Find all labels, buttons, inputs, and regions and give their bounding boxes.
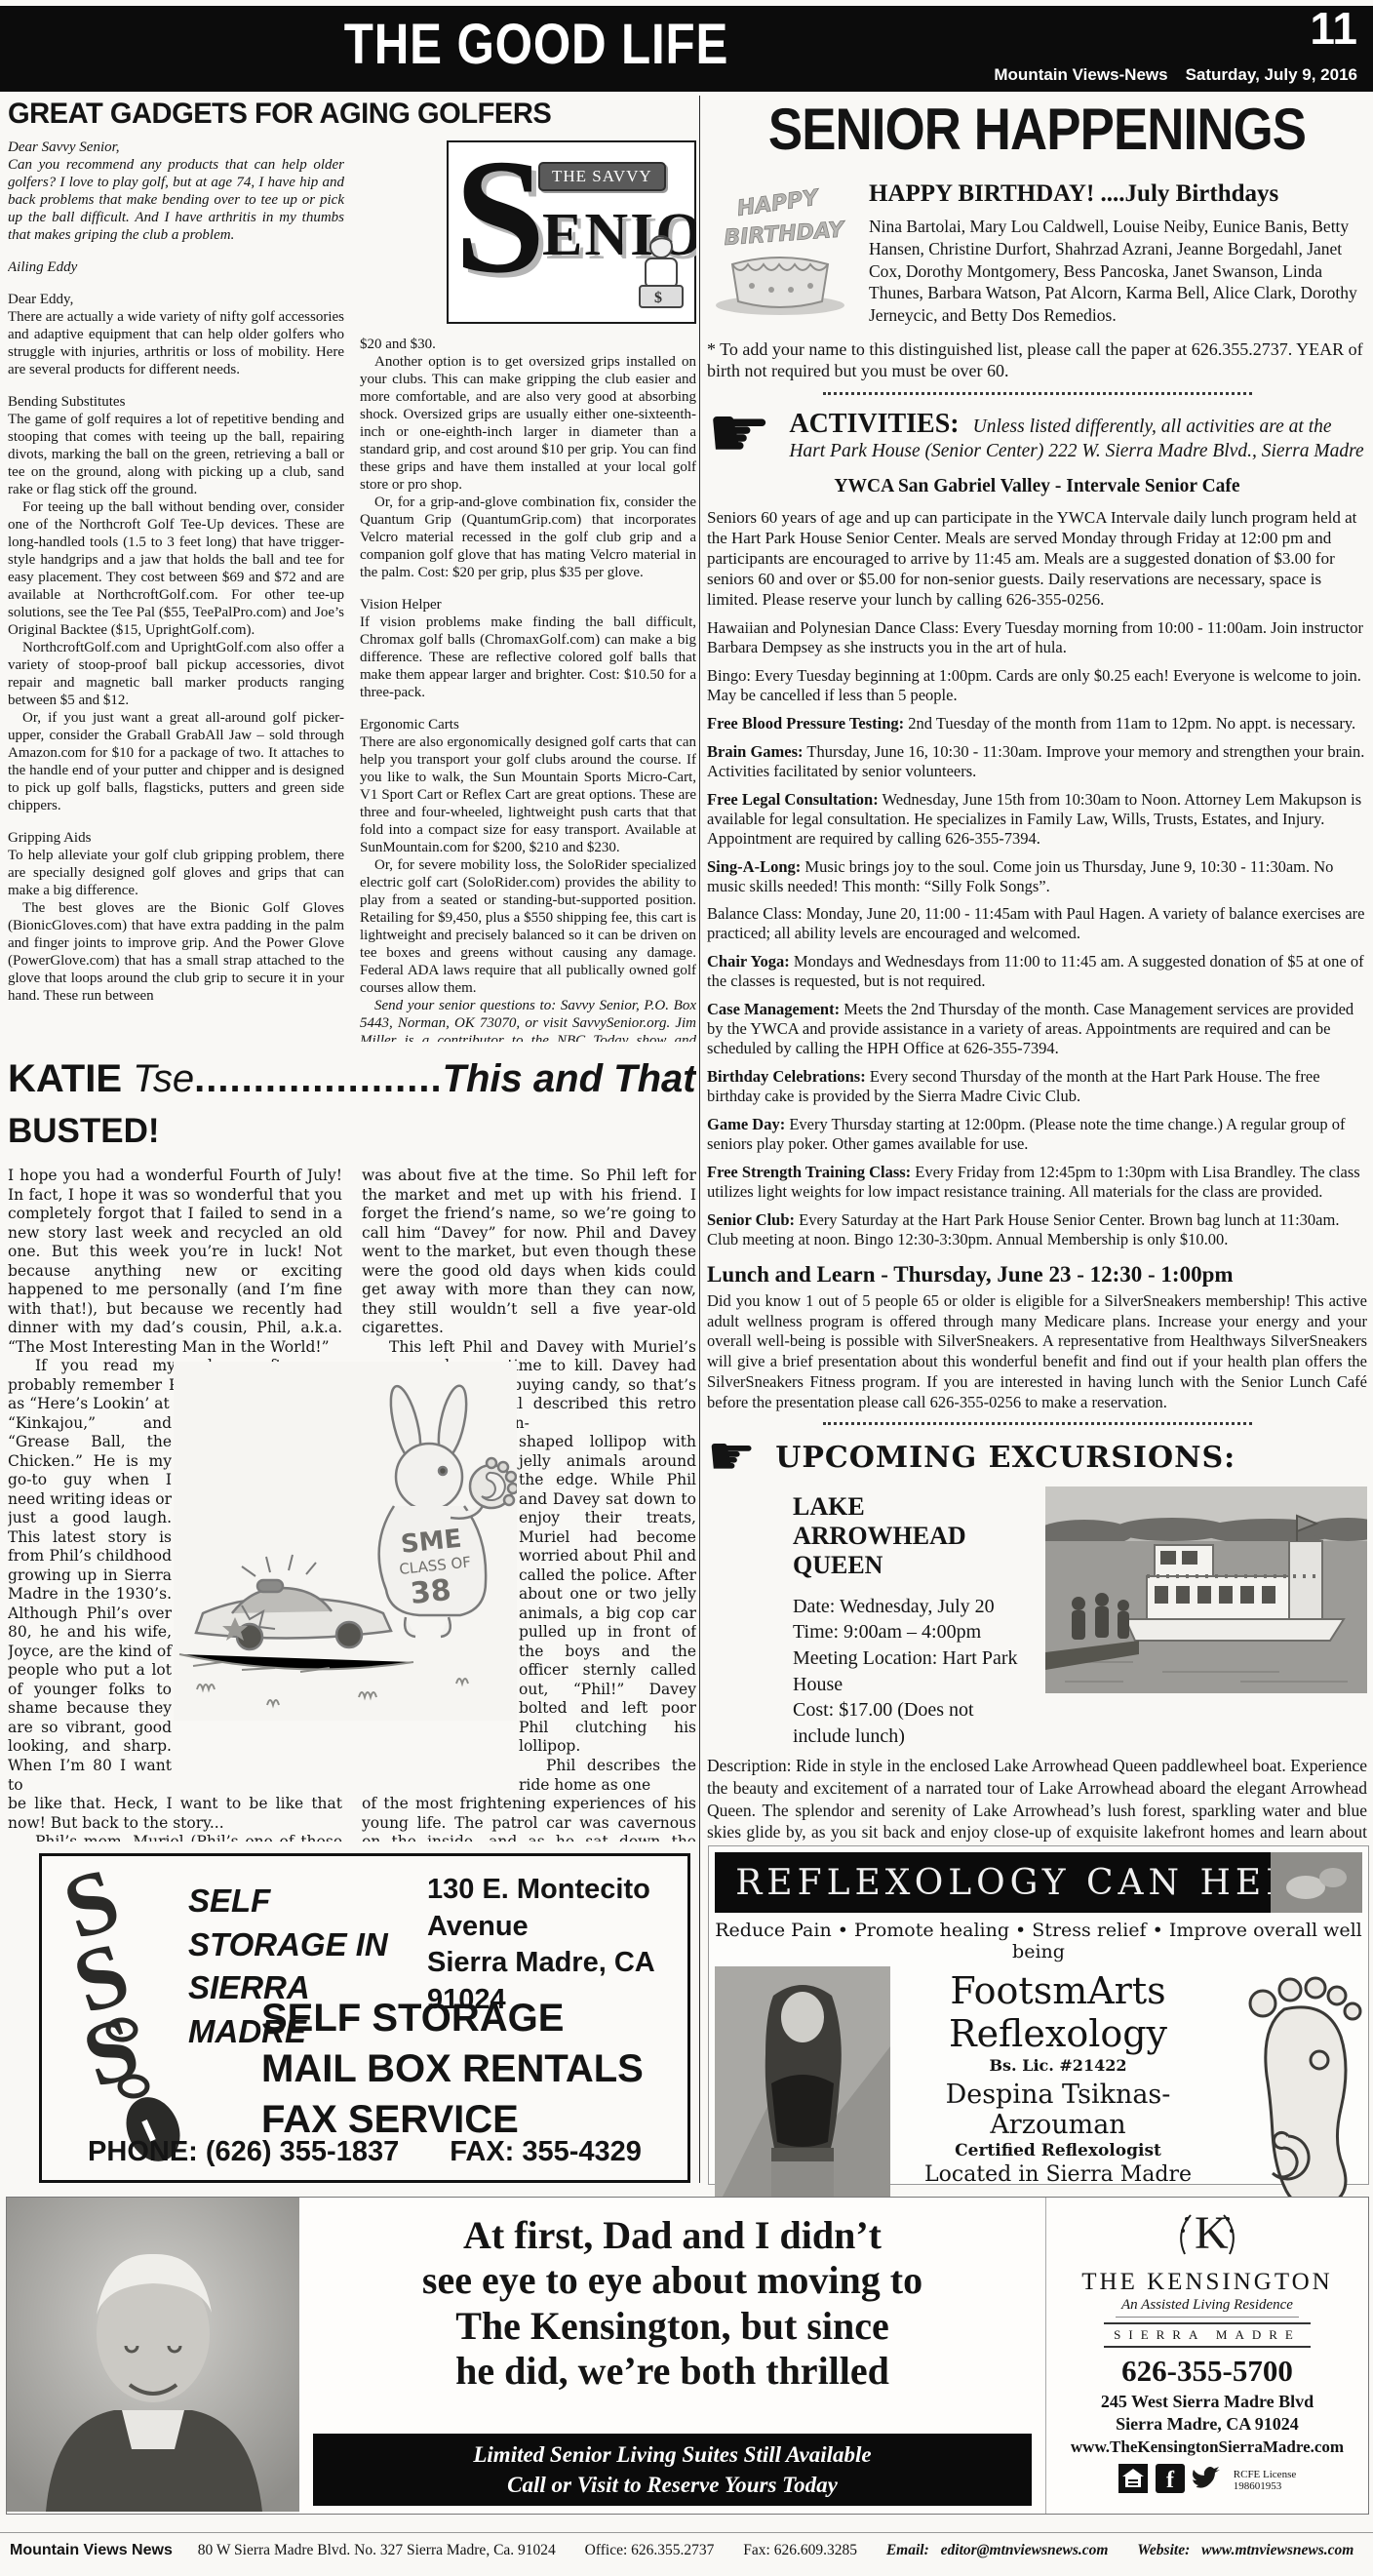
reflexology-banner: REFLEXOLOGY CAN HELP! (715, 1852, 1362, 1913)
golf-headline: GREAT GADGETS FOR AGING GOLFERS (8, 98, 676, 131)
storage-service: SELF STORAGE (261, 1993, 644, 2043)
svg-text:f: f (1166, 2468, 1175, 2493)
activity-item: Hawaiian and Polynesian Dance Class: Eve… (707, 618, 1367, 657)
birthday-block: HAPPY BIRTHDAY HAPPY BIRTHDAY! ....July … (707, 171, 1367, 327)
activity-item: Free Blood Pressure Testing: 2nd Tuesday… (707, 714, 1367, 733)
birthday-text: HAPPY BIRTHDAY! ....July Birthdays Nina … (869, 171, 1367, 327)
activities-label: ACTIVITIES: (789, 409, 959, 439)
activity-label: Birthday Celebrations: (707, 1067, 866, 1086)
golf-paragraph: The game of golf requires a lot of repet… (8, 411, 344, 498)
activity-text: Music brings joy to the soul. Come join … (707, 857, 1333, 895)
quote-line: The Kensington, but since (299, 2304, 1045, 2349)
story-paragraph: Phil’s mom, Muriel (Phil’s one of those … (8, 1833, 342, 1842)
lunch-and-learn-text: Did you know 1 out of 5 people 65 or old… (707, 1291, 1367, 1413)
activity-label: Game Day: (707, 1115, 785, 1133)
story-paragraph: was about five at the time. So Phil left… (362, 1167, 696, 1338)
senior-happenings-section: SENIOR HAPPENINGS HAPPY BIRTHDAY HAPPY B… (707, 96, 1367, 1843)
excursions-header: ☛ UPCOMING EXCURSIONS: (707, 1433, 1367, 1482)
birthday-cake-image: HAPPY BIRTHDAY (707, 171, 853, 327)
kensington-info: K THE KENSINGTON An Assisted Living Resi… (1045, 2198, 1368, 2514)
svg-text:$: $ (654, 290, 662, 306)
kensington-quote-block: At first, Dad and I didn’t see eye to ey… (299, 2198, 1045, 2514)
activity-label: Sing-A-Long: (707, 857, 801, 876)
lunch-and-learn-title: Lunch and Learn - Thursday, June 23 - 12… (707, 1262, 1367, 1288)
columnist-last-name: Tse (133, 1057, 194, 1100)
activity-item: Balance Class: Monday, June 20, 11:00 - … (707, 904, 1367, 943)
footer-email-label: Email: (886, 2542, 929, 2558)
activity-text: 2nd Tuesday of the month from 11am to 12… (904, 714, 1355, 733)
golf-columns: Dear Savvy Senior, Can you recommend any… (8, 139, 696, 1042)
reflexology-banner-text: REFLEXOLOGY CAN HELP! (735, 1863, 1342, 1903)
kensington-license: RCFE License 198601953 (1234, 2469, 1296, 2493)
svg-text:38: 38 (409, 1573, 452, 1611)
storage-chain-logo-icon: S S S (52, 1864, 183, 2171)
banner-line: Call or Visit to Reserve Yours Today (313, 2470, 1032, 2500)
kensington-banner: Limited Senior Living Suites Still Avail… (313, 2434, 1032, 2506)
activity-label: Case Management: (707, 1000, 840, 1018)
activity-item: Bingo: Every Tuesday beginning at 1:00pm… (707, 666, 1367, 705)
subhead-carts: Ergonomic Carts (360, 716, 696, 733)
story-paragraph: I hope you had a wonderful Fourth of Jul… (8, 1167, 342, 1357)
activities-header-text: ACTIVITIES:Unless listed differently, al… (789, 403, 1367, 462)
kensington-ad: At first, Dad and I didn’t see eye to ey… (6, 2197, 1369, 2515)
massage-photo (1271, 1852, 1362, 1913)
busted-cartoon-illustration: SME CLASS OF 38 (174, 1362, 517, 1721)
ywca-title: YWCA San Gabriel Valley - Intervale Seni… (707, 476, 1367, 497)
golf-column-2: S THE SAVVY ENIOR $ $20 and $30. (360, 139, 696, 1042)
column-divider (699, 96, 700, 2183)
golf-paragraph: Or, for severe mobility loss, the SoloRi… (360, 856, 696, 997)
golf-paragraph: There are also ergonomically designed go… (360, 733, 696, 856)
story-narrow-right: shaped lollipop with jelly animals aroun… (519, 1433, 696, 1795)
activity-text: Every Thursday starting at 12:00pm. (Ple… (707, 1115, 1346, 1153)
busted-story: I hope you had a wonderful Fourth of Jul… (8, 1167, 696, 1842)
reflexology-license: Bs. Lic. #21422 (898, 2057, 1218, 2075)
activity-item: Case Management: Meets the 2nd Thursday … (707, 1000, 1367, 1058)
storage-address-line1: 130 E. Montecito Avenue (427, 1872, 687, 1945)
pointing-hand-icon: ☛ (707, 403, 771, 464)
kensington-quote: At first, Dad and I didn’t see eye to ey… (299, 2213, 1045, 2395)
footer-office: Office: 626.355.2737 (585, 2542, 715, 2558)
newspaper-page: THE GOOD LIFE 11 Mountain Views-NewsSatu… (0, 0, 1373, 2576)
golf-paragraph: For teeing up the ball without bending o… (8, 498, 344, 639)
activity-item: Senior Club: Every Saturday at the Hart … (707, 1210, 1367, 1249)
masthead: THE GOOD LIFE 11 Mountain Views-NewsSatu… (0, 6, 1373, 92)
story-paragraph: be like that. Heck, I want to be like th… (8, 1795, 342, 1833)
storage-phone-row: PHONE: (626) 355-1837 FAX: 355-4329 (42, 2136, 687, 2168)
ywca-text: Seniors 60 years of age and up can parti… (707, 507, 1367, 610)
story-narrow-left: “Kinkajou,” and “Grease Ball, the Chicke… (8, 1414, 172, 1795)
activity-item: Game Day: Every Thursday starting at 12:… (707, 1115, 1367, 1154)
activity-text: Thursday, June 16, 10:30 - 11:30am. Impr… (707, 742, 1364, 780)
happenings-headline: SENIOR HAPPENINGS (747, 96, 1328, 163)
self-storage-ad: S S S SELF STORAGE IN SIERRA MADRE 130 E… (39, 1853, 690, 2183)
issue-date: Saturday, July 9, 2016 (1186, 65, 1357, 84)
golf-paragraph: To help alleviate your golf club grippin… (8, 847, 344, 899)
storage-service: MAIL BOX RENTALS (261, 2043, 644, 2094)
reflexology-location: Located in Sierra Madre (898, 2162, 1218, 2187)
footer-publication: Mountain Views News (10, 2542, 173, 2558)
paddlewheel-boat-photo (1045, 1486, 1367, 1698)
golf-paragraph: Another option is to get oversized grips… (360, 353, 696, 494)
activity-item: Free Legal Consultation: Wednesday, June… (707, 790, 1367, 849)
footer-fax: Fax: 626.609.3285 (743, 2542, 857, 2558)
reflexology-benefits: Reduce Pain • Promote healing • Stress r… (715, 1920, 1362, 1962)
page-footer: Mountain Views News 80 W Sierra Madre Bl… (0, 2532, 1373, 2559)
activity-label: Free Strength Training Class: (707, 1163, 911, 1181)
activity-text: Every Saturday at the Hart Park House Se… (707, 1210, 1339, 1248)
letter-question: Can you recommend any products that can … (8, 156, 344, 244)
activity-label: Free Blood Pressure Testing: (707, 714, 904, 733)
activity-label: Senior Club: (707, 1210, 795, 1229)
reflexologist-title: Certified Reflexologist (898, 2142, 1218, 2161)
lake-arrowhead-block: LAKE ARROWHEAD QUEEN Date: Wednesday, Ju… (707, 1486, 1367, 1750)
golf-paragraph: Or, if you just want a great all-around … (8, 709, 344, 814)
savvy-logo-tab: THE SAVVY (538, 162, 666, 191)
activity-item: Sing-A-Long: Music brings joy to the sou… (707, 857, 1367, 896)
activity-label: Brain Games: (707, 742, 804, 761)
savvy-logo-big-s: S (454, 139, 545, 298)
equal-housing-icon (1118, 2464, 1148, 2498)
activity-item: Chair Yoga: Mondays and Wednesdays from … (707, 952, 1367, 991)
header-dots: ..................... (194, 1057, 442, 1100)
activity-text: Bingo: Every Tuesday beginning at 1:00pm… (707, 666, 1361, 704)
birthday-note: * To add your name to this distinguished… (707, 338, 1367, 382)
svg-text:K: K (1195, 2207, 1229, 2259)
storage-fax: FAX: 355-4329 (450, 2136, 642, 2167)
dotted-divider (823, 392, 1252, 395)
kensington-logo-icon: K (1173, 2251, 1241, 2268)
kensington-address-line2: Sierra Madre, CA 91024 (1046, 2413, 1368, 2436)
activity-text: Balance Class: Monday, June 20, 11:00 - … (707, 904, 1364, 942)
story-paragraph: “Kinkajou,” and “Grease Ball, the Chicke… (8, 1414, 172, 1795)
activity-text: Mondays and Wednesdays from 11:00 to 11:… (707, 952, 1364, 990)
activity-label: Chair Yoga: (707, 952, 790, 971)
excursions-label: UPCOMING EXCURSIONS: (775, 1441, 1236, 1475)
facebook-icon: f (1156, 2464, 1185, 2498)
kensington-address-line1: 245 West Sierra Madre Blvd (1046, 2391, 1368, 2413)
columnist-first-name: KATIE (8, 1057, 122, 1100)
twitter-bird-icon (1193, 2464, 1226, 2498)
dotted-divider (823, 1422, 1252, 1425)
svg-text:HAPPY: HAPPY (735, 185, 821, 221)
reflexology-ad: REFLEXOLOGY CAN HELP! Reduce Pain • Prom… (708, 1845, 1369, 2185)
golf-paragraph: The best gloves are the Bionic Golf Glov… (8, 899, 344, 1005)
banner-line: Limited Senior Living Suites Still Avail… (313, 2439, 1032, 2470)
birthday-title: HAPPY BIRTHDAY! ....July Birthdays (869, 180, 1367, 208)
quote-line: see eye to eye about moving to (299, 2258, 1045, 2303)
golf-article-section: GREAT GADGETS FOR AGING GOLFERS Dear Sav… (8, 98, 696, 1842)
storage-services: SELF STORAGE MAIL BOX RENTALS FAX SERVIC… (261, 1993, 644, 2145)
story-paragraph: Phil describes the ride home as one (519, 1757, 696, 1795)
kensington-tagline: An Assisted Living Residence (1116, 2297, 1299, 2318)
pointing-hand-icon: ☛ (707, 1433, 756, 1482)
license-line: 198601953 (1234, 2480, 1296, 2493)
savvy-senior-logo: S THE SAVVY ENIOR $ (447, 140, 696, 324)
activity-label: Free Legal Consultation: (707, 790, 879, 809)
page-number: 11 (1310, 6, 1357, 51)
golf-column-1: Dear Savvy Senior, Can you recommend any… (8, 139, 344, 1042)
section-title: THE GOOD LIFE (230, 12, 843, 77)
savvy-senior-cartoon-icon: $ (632, 231, 692, 320)
activity-item: Brain Games: Thursday, June 16, 10:30 - … (707, 742, 1367, 781)
kensington-social-icons: f RCFE License 198601953 (1046, 2464, 1368, 2498)
birthday-names: Nina Bartolai, Mary Lou Caldwell, Louise… (869, 216, 1367, 327)
letter-signature: Ailing Eddy (8, 258, 344, 276)
quote-line: At first, Dad and I didn’t (299, 2213, 1045, 2258)
reflexologist-name: Despina Tsiknas-Arzouman (898, 2080, 1218, 2140)
column-title: This and That (443, 1057, 696, 1100)
kensington-portrait-photo (7, 2198, 299, 2514)
story-paragraph: of the most frightening experiences of h… (362, 1795, 696, 1842)
excursion-cost: Cost: $17.00 (Does not include lunch) (793, 1697, 1367, 1749)
kensington-city: SIERRA MADRE (1104, 2322, 1311, 2348)
footer-website: www.mtnviewsnews.com (1201, 2542, 1353, 2558)
footer-website-label: Website: (1137, 2542, 1190, 2558)
reply-salutation: Dear Eddy, (8, 291, 344, 308)
kensington-website: www.TheKensingtonSierraMadre.com (1046, 2437, 1368, 2457)
reflexology-business-name: FootsmArts Reflexology (898, 1970, 1218, 2055)
quote-line: he did, we’re both thrilled (299, 2349, 1045, 2394)
storage-phone: PHONE: (626) 355-1837 (88, 2136, 399, 2167)
reply-intro: There are actually a wide variety of nif… (8, 308, 344, 378)
story-headline: BUSTED! (8, 1112, 696, 1151)
svg-text:BIRTHDAY: BIRTHDAY (724, 218, 847, 251)
golf-paragraph: Or, for a grip-and-glove combination fix… (360, 494, 696, 581)
activity-text: Hawaiian and Polynesian Dance Class: Eve… (707, 618, 1363, 656)
excursion-description: Description: Ride in style in the enclos… (707, 1755, 1367, 1843)
golf-closing-note: Send your senior questions to: Savvy Sen… (360, 997, 696, 1042)
masthead-dateline: Mountain Views-NewsSaturday, July 9, 201… (976, 65, 1357, 85)
kensington-phone: 626-355-5700 (1046, 2354, 1368, 2389)
golf-paragraph: If vision problems make finding the ball… (360, 614, 696, 701)
license-line: RCFE License (1234, 2469, 1296, 2481)
activity-item: Free Strength Training Class: Every Frid… (707, 1163, 1367, 1202)
golf-paragraph: NorthcroftGolf.com and UprightGolf.com a… (8, 639, 344, 709)
subhead-gripping: Gripping Aids (8, 829, 344, 847)
kensington-name: THE KENSINGTON (1046, 2269, 1368, 2296)
footer-email: editor@mtnviewsnews.com (941, 2542, 1109, 2558)
subhead-bending: Bending Substitutes (8, 393, 344, 411)
footer-address: 80 W Sierra Madre Blvd. No. 327 Sierra M… (198, 2542, 556, 2558)
activity-item: Birthday Celebrations: Every second Thur… (707, 1067, 1367, 1106)
story-paragraph: shaped lollipop with jelly animals aroun… (519, 1433, 696, 1757)
kensington-address: 245 West Sierra Madre Blvd Sierra Madre,… (1046, 2391, 1368, 2437)
publication-name: Mountain Views-News (994, 65, 1167, 84)
subhead-vision: Vision Helper (360, 596, 696, 614)
golf-paragraph: $20 and $30. (360, 336, 696, 353)
katie-column-header: KATIE Tse.....................This and T… (8, 1057, 696, 1100)
activities-header: ☛ ACTIVITIES:Unless listed differently, … (707, 403, 1367, 464)
letter-salutation: Dear Savvy Senior, (8, 139, 344, 156)
